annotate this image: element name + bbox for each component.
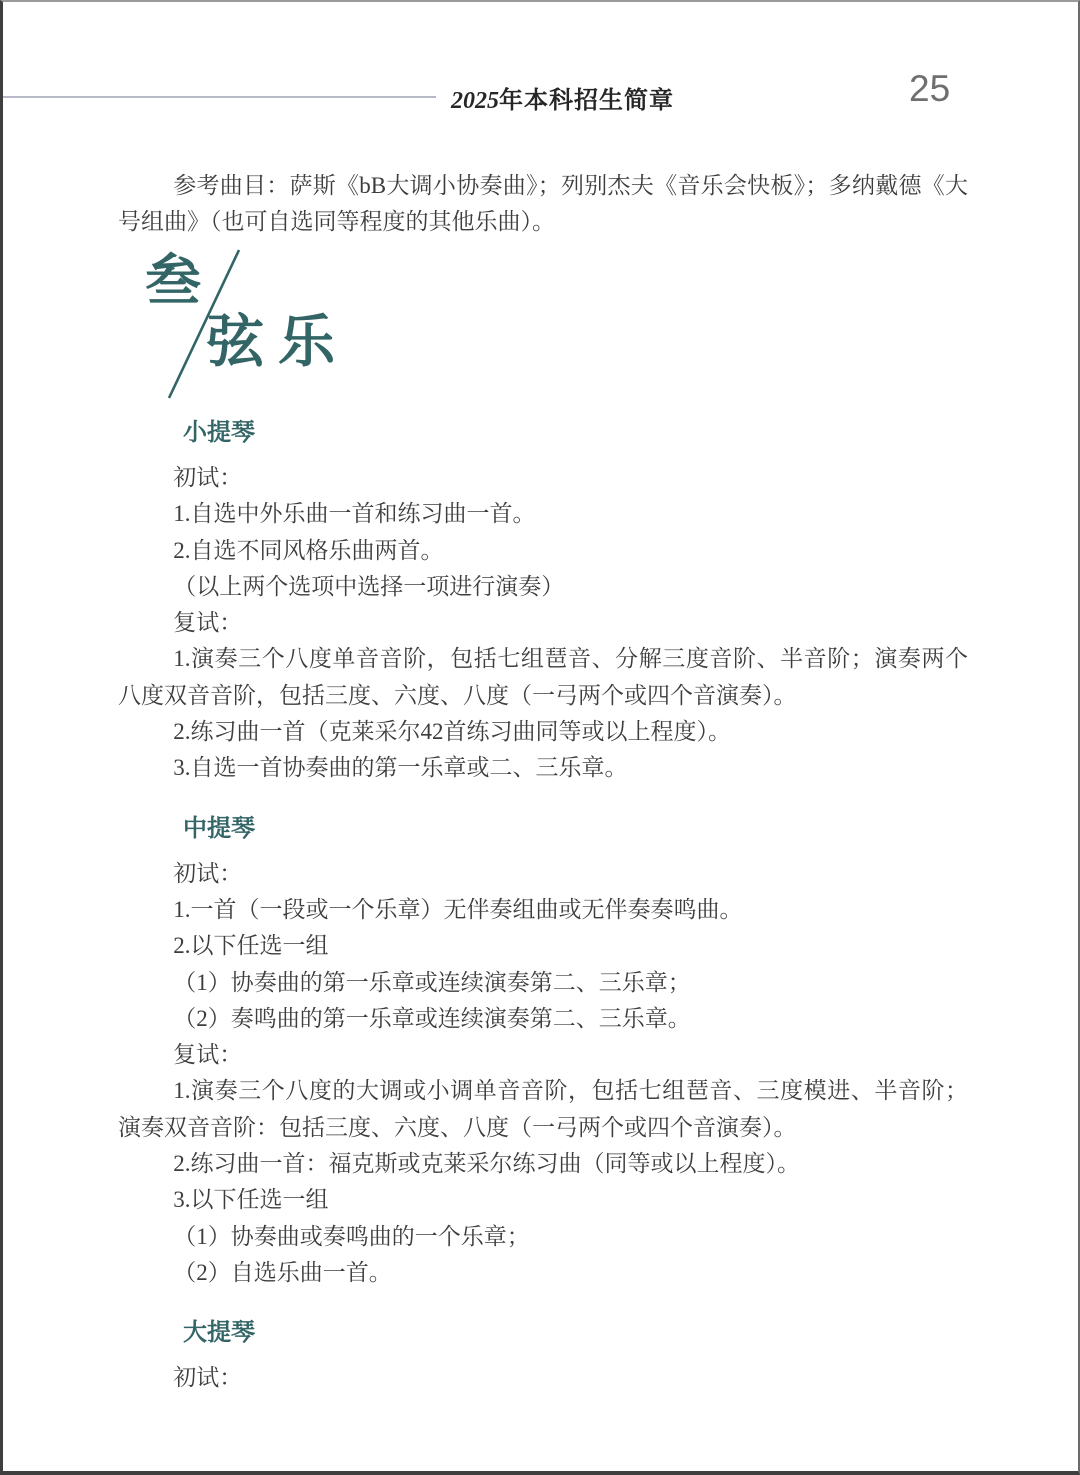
requirement-line: 1.演奏三个八度的大调或小调单音音阶，包括七组琶音、三度模进、半音阶；演奏双音音…	[118, 1073, 968, 1146]
section-title: 弦乐	[207, 312, 349, 372]
cello-requirements: 初试：	[118, 1360, 968, 1396]
requirement-line: 2.练习曲一首（克莱采尔42首练习曲同等或以上程度）。	[118, 714, 968, 750]
header-year: 2025	[451, 88, 499, 114]
instrument-title-violin: 小提琴	[183, 415, 1078, 451]
requirement-line: 初试：	[118, 460, 968, 496]
requirement-line: 3.以下任选一组	[118, 1182, 968, 1218]
violin-requirements: 初试： 1.自选中外乐曲一首和练习曲一首。 2.自选不同风格乐曲两首。 （以上两…	[118, 460, 968, 787]
page-header-title: 2025年本科招生简章	[451, 80, 674, 115]
requirement-line: （1）协奏曲或奏鸣曲的一个乐章；	[118, 1219, 968, 1255]
page-number: 25	[909, 68, 950, 110]
instrument-title-viola: 中提琴	[183, 811, 1078, 847]
viola-requirements: 初试： 1.一首（一段或一个乐章）无伴奏组曲或无伴奏奏鸣曲。 2.以下任选一组 …	[118, 856, 968, 1292]
section-mark: 叁 弦乐	[143, 248, 1078, 400]
requirement-line: 2.练习曲一首：福克斯或克莱采尔练习曲（同等或以上程度）。	[118, 1146, 968, 1182]
requirement-line: 初试：	[118, 1360, 968, 1396]
document-page: 2025年本科招生简章 25 参考曲目：萨斯《bB大调小协奏曲》；列别杰夫《音乐…	[0, 0, 1080, 1475]
reference-repertoire-paragraph: 参考曲目：萨斯《bB大调小协奏曲》；列别杰夫《音乐会快板》；多纳戴德《大号组曲》…	[118, 168, 968, 240]
requirement-line: 复试：	[118, 605, 968, 641]
requirement-line: （2）奏鸣曲的第一乐章或连续演奏第二、三乐章。	[118, 1001, 968, 1037]
requirement-line: 复试：	[118, 1037, 968, 1073]
requirement-line: 2.以下任选一组	[118, 928, 968, 964]
header-title-text: 年本科招生简章	[499, 87, 674, 114]
requirement-line: （1）协奏曲的第一乐章或连续演奏第二、三乐章；	[118, 965, 968, 1001]
requirement-line: 3.自选一首协奏曲的第一乐章或二、三乐章。	[118, 750, 968, 786]
requirement-line: 2.自选不同风格乐曲两首。	[118, 533, 968, 569]
requirement-line: 1.一首（一段或一个乐章）无伴奏组曲或无伴奏奏鸣曲。	[118, 892, 968, 928]
header-rule-line	[3, 96, 436, 98]
requirement-line: 初试：	[118, 856, 968, 892]
requirement-line: 1.自选中外乐曲一首和练习曲一首。	[118, 496, 968, 532]
instrument-title-cello: 大提琴	[183, 1315, 1078, 1351]
page-header: 2025年本科招生简章 25	[3, 78, 1078, 118]
requirement-line: 1.演奏三个八度单音音阶，包括七组琶音、分解三度音阶、半音阶；演奏两个八度双音音…	[118, 641, 968, 714]
requirement-line: （以上两个选项中选择一项进行演奏）	[118, 569, 968, 605]
requirement-line: （2）自选乐曲一首。	[118, 1255, 968, 1291]
